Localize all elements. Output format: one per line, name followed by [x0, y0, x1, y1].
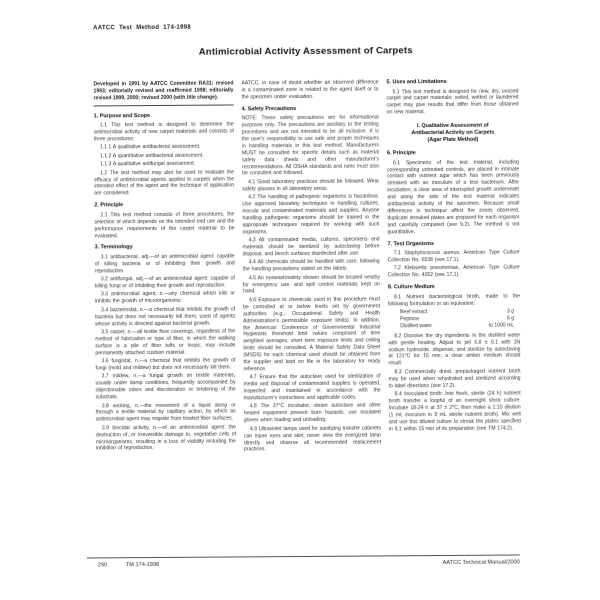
- body-paragraph: 4.2 The handling of pathogenic organisms…: [242, 194, 379, 236]
- column-right: 5. Uses and Limitations5.1 This test met…: [386, 78, 521, 552]
- section-heading: 3. Terminology: [95, 244, 235, 251]
- body-paragraph: 8.3 Commercially dried, prepackaged nutr…: [388, 368, 520, 390]
- body-paragraph: 4.1 Good laboratory practices should be …: [242, 178, 379, 193]
- body-paragraph: 4.4 All chemicals should be handled with…: [243, 259, 380, 274]
- body-paragraph: 4.5 An eyewash/safety shower should be l…: [243, 274, 380, 296]
- document-page: AATCC Test Method 174-1998 Antimicrobial…: [0, 0, 600, 600]
- body-paragraph: 8.2 Dissolve the dry ingredients in the …: [388, 332, 520, 367]
- body-paragraph: 1.1.3 A qualitative antifungal assessmen…: [94, 161, 234, 169]
- body-paragraph: 1.2 The test method may also be used to …: [94, 169, 234, 198]
- footer-manual: AATCC Technical Manual/2000: [332, 559, 520, 566]
- ingredient-amount: 5 g: [507, 315, 514, 322]
- body-paragraph: 3.4 bacteriostat, n.—a chemical that inh…: [95, 306, 235, 328]
- document-title: Antimicrobial Activity Assessment of Car…: [93, 44, 518, 58]
- section-heading: 6. Principle: [387, 150, 519, 157]
- body-paragraph: 8.1 Nutrient bacteriological broth, made…: [388, 293, 520, 308]
- footer-page-number: 290: [98, 562, 107, 568]
- body-paragraph: 4.8 The 37°C incubator, steam autoclave …: [244, 403, 381, 425]
- body-paragraph: 7.2 Klebsiella pneumoniae, American Type…: [388, 265, 520, 280]
- body-paragraph: 3.9 biocidal activity, n.—of an antimicr…: [96, 424, 236, 453]
- column-left: Developed in 1991 by AATCC Committee RA3…: [93, 80, 236, 554]
- body-paragraph: 1.1.1 A qualitative antibacterial assess…: [94, 144, 234, 152]
- part-heading: I. Qualitative Assessment ofAntibacteria…: [390, 123, 516, 145]
- body-paragraph: 3.2 antifungal, adj.—of an antimicrobial…: [95, 276, 235, 291]
- method-header: AATCC Test Method 174-1998: [93, 25, 191, 32]
- body-paragraph: 4.7 Ensure that the autoclave used for s…: [244, 374, 381, 403]
- ingredient-table: Beef extract3 gPeptone5 gDistilled water…: [400, 308, 520, 330]
- body-paragraph: 8.4 Inoculated broth: Into fresh, steril…: [389, 390, 521, 432]
- footer-divider: [87, 554, 520, 558]
- body-paragraph: 3.3 antimicrobial agent, n.—any chemical…: [95, 291, 235, 306]
- body-paragraph: AATCC, in case of doubt whether an obser…: [241, 79, 378, 101]
- part-heading-line: (Agar Plate Method): [390, 137, 516, 145]
- ingredient-row: Distilled waterto 1000 mL: [400, 322, 520, 330]
- body-paragraph: 3.5 carpet, n.—all textile floor coverin…: [95, 328, 235, 357]
- body-paragraph: 4.3 All contaminated media, cultures, sp…: [243, 237, 380, 259]
- body-paragraph: 3.1 antibacterial, adj.—of an antimicrob…: [95, 253, 235, 275]
- body-paragraph: 1.1.2 A quantitative antibacterial asses…: [94, 152, 234, 160]
- body-paragraph: 1.1 This test method is designed to dete…: [94, 122, 234, 144]
- section-heading: 7. Test Organisms: [388, 240, 520, 247]
- safety-note: NOTE: These safety precautions are for i…: [242, 115, 379, 178]
- body-paragraph: 3.6 fungistat, n.—a chemical that inhibi…: [95, 358, 235, 373]
- body-paragraph: 4.6 Exposure to chemicals used in this p…: [243, 296, 381, 373]
- body-paragraph: 3.8 wicking, n.—the movement of a liquid…: [96, 402, 236, 424]
- ingredient-amount: to 1000 mL: [489, 322, 515, 329]
- body-paragraph: 2.1 This test method consists of three p…: [94, 211, 234, 240]
- ingredient-amount: 3 g: [507, 309, 514, 316]
- body-paragraph: 7.1 Staphylococcus aureus, American Type…: [388, 250, 520, 265]
- section-heading: 4. Safety Precautions: [242, 105, 379, 112]
- section-heading: 2. Principle: [94, 202, 234, 209]
- body-paragraph: 3.7 mildew, n.—a fungal growth on textil…: [96, 373, 236, 402]
- body-paragraph: 4.9 Ultraviolet lamps used for sanitizin…: [244, 425, 381, 454]
- section-heading: 5. Uses and Limitations: [386, 78, 518, 85]
- section-heading: 8. Culture Medium: [388, 284, 520, 291]
- footer-method: TM 174-1998: [126, 562, 159, 568]
- body-paragraph: 6.1 Specimens of the test material, incl…: [387, 159, 520, 236]
- history-note: Developed in 1991 by AATCC Committee RA3…: [93, 80, 233, 106]
- column-center: AATCC, in case of doubt whether an obser…: [241, 79, 381, 553]
- text-columns: Developed in 1991 by AATCC Committee RA3…: [93, 78, 521, 554]
- body-paragraph: 5.1 This test method is designed for new…: [387, 88, 519, 117]
- section-heading: 1. Purpose and Scope: [94, 112, 234, 119]
- ingredient-name: Distilled water: [400, 323, 432, 330]
